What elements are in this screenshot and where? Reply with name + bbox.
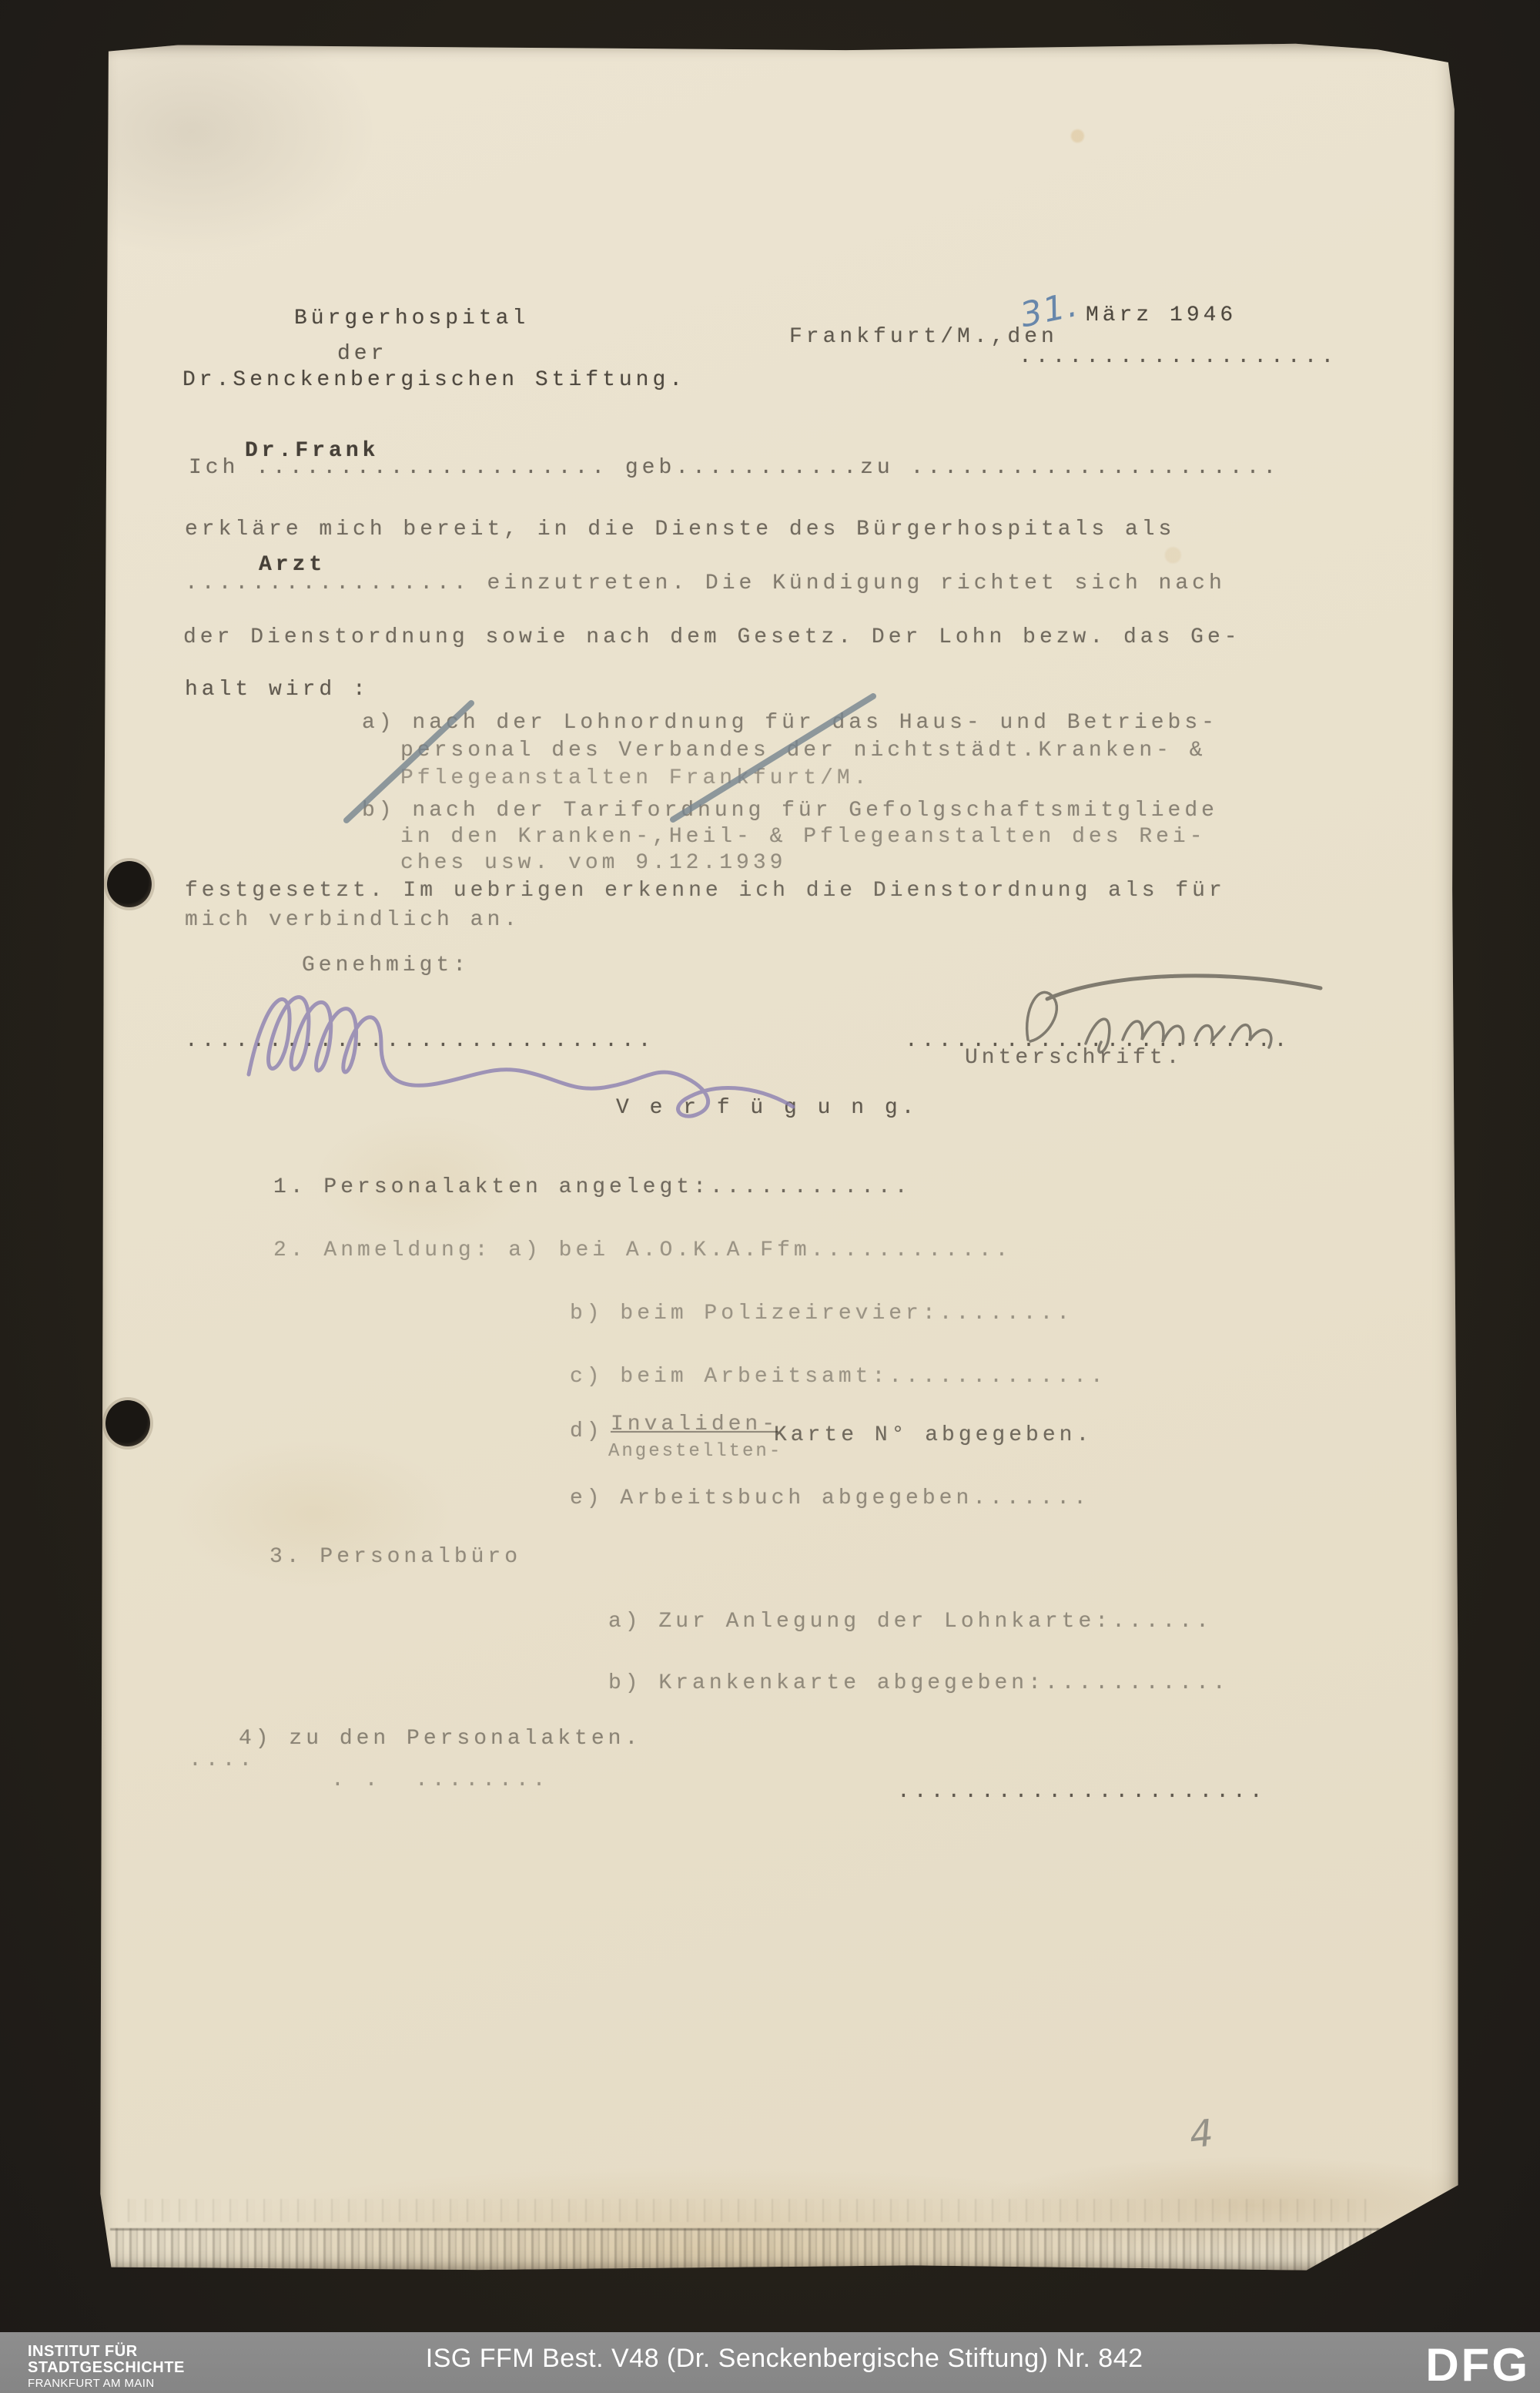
archive-reference-caption: ISG FFM Best. V48 (Dr. Senckenbergische …: [426, 2344, 1143, 2374]
document-page: Bürgerhospital der Dr.Senckenbergischen …: [96, 42, 1459, 2272]
signature-right: [1027, 976, 1321, 1052]
pen-stroke-right: [673, 696, 873, 819]
institute-line1: INSTITUT FÜR: [28, 2344, 185, 2360]
institute-line3: FRANKFURT AM MAIN: [28, 2378, 185, 2390]
bleed-through-smudges: [110, 2228, 1419, 2272]
institute-logo: INSTITUT FÜR STADTGESCHICHTE FRANKFURT A…: [28, 2344, 185, 2390]
signature-left: [249, 997, 793, 1117]
ink-annotations: [96, 42, 1459, 2272]
dfg-logo: DFG: [1425, 2338, 1530, 2391]
bleed-through-smudges-faint: [119, 2199, 1367, 2222]
institute-line2: STADTGESCHICHTE: [28, 2360, 185, 2376]
pen-stroke-left: [346, 703, 471, 820]
scan-viewer-background: Bürgerhospital der Dr.Senckenbergischen …: [0, 0, 1540, 2393]
